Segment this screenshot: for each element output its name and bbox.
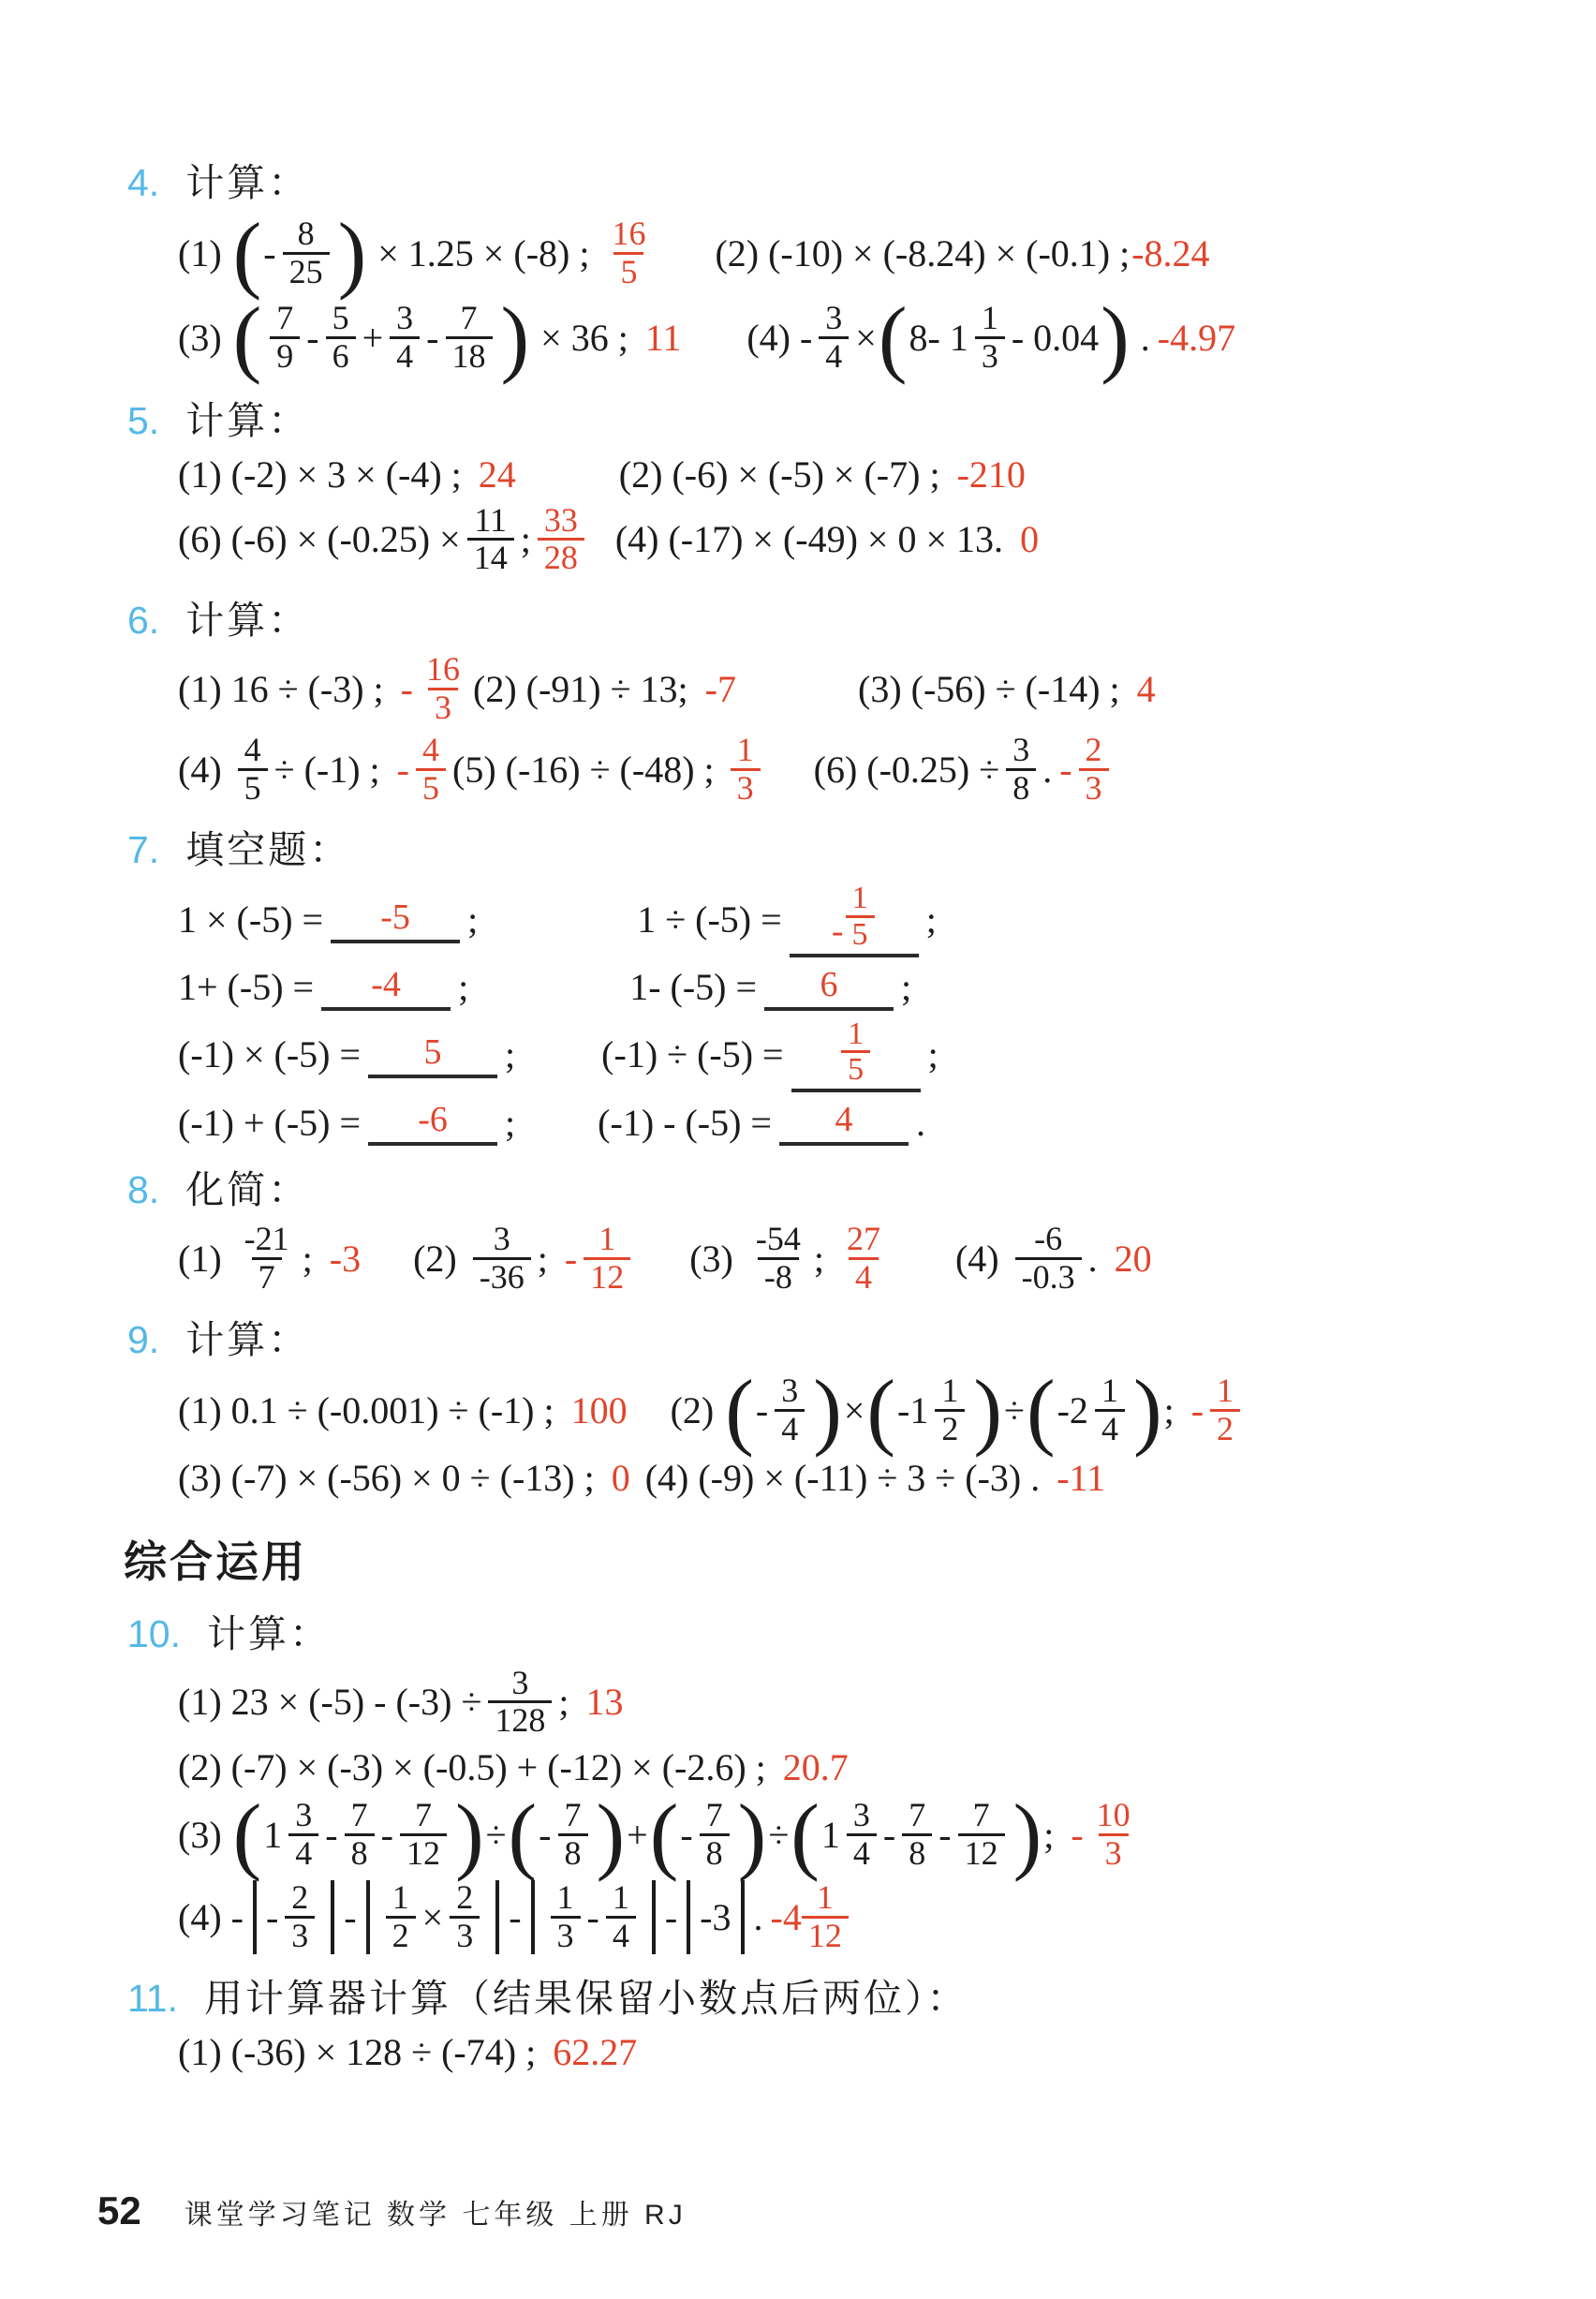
problem-title: 计算：: [185, 152, 309, 207]
fraction-denominator: 8: [558, 1833, 588, 1872]
fill-blank: 15: [791, 1017, 921, 1092]
math-row: (1) (-36) × 128 ÷ (-74) ; 62.27: [0, 2030, 1596, 2074]
fraction-numerator: 16: [605, 216, 652, 252]
blank-answer: 6: [820, 964, 838, 1005]
math-text: (2): [413, 1237, 466, 1281]
fraction-denominator: 8: [700, 1833, 730, 1872]
math-row: (2) (-7) × (-3) × (-0.5) + (-12) × (-2.6…: [0, 1745, 1596, 1789]
problem-5: 5.计算：(1) (-2) × 3 × (-4) ; 24(2) (-6) × …: [0, 390, 1596, 577]
spacer: [515, 1122, 598, 1123]
problem-title: 计算：: [207, 1603, 331, 1658]
math-text: ;: [814, 1237, 834, 1281]
fraction-numerator: 3: [505, 1666, 535, 1701]
math-text: -: [938, 1813, 951, 1857]
abs-value-bar: [495, 1880, 499, 1954]
fraction: 1114: [467, 503, 514, 577]
fraction-numerator: 1: [810, 1880, 840, 1916]
math-row: (4) 45÷ (-1) ; -45(5) (-16) ÷ (-48) ; 13…: [0, 733, 1596, 807]
fraction-denominator: 3: [428, 688, 458, 726]
fraction: 14: [606, 1880, 636, 1954]
fraction-numerator: 1: [592, 1222, 622, 1257]
fraction: 34: [775, 1373, 805, 1447]
abs-value-bar: [366, 1880, 370, 1954]
fraction-denominator: 3: [1079, 768, 1109, 807]
problem-9: 9.计算：(1) 0.1 ÷ (-0.001) ÷ (-1) ; 100(2) …: [0, 1309, 1596, 1500]
answer-fraction: 15: [846, 882, 875, 951]
math-text: (1) 0.1 ÷ (-0.001) ÷ (-1) ;: [178, 1388, 564, 1432]
fraction: 78: [558, 1798, 588, 1872]
math-text: (3) (-56) ÷ (-14) ;: [858, 667, 1130, 711]
fill-blank: -5: [331, 897, 460, 943]
spacer: [637, 1258, 689, 1259]
spacer: [630, 1477, 645, 1478]
math-text: -: [587, 1895, 599, 1939]
fraction: 13: [551, 1880, 581, 1954]
fraction-numerator: -54: [749, 1222, 807, 1257]
answer: 24: [479, 452, 516, 497]
math-row: 1+ (-5) =-4;1- (-5) =6;: [0, 964, 1596, 1011]
fraction: -6-0.3: [1015, 1222, 1082, 1296]
math-text: (2): [671, 1388, 724, 1432]
math-row: (3) (79-56+34-718) × 36 ; 11(4) -34×(8- …: [0, 299, 1596, 377]
problem-11: 11.用计算器计算（结果保留小数点后两位）：(1) (-36) × 128 ÷ …: [0, 1967, 1596, 2074]
math-text: × 1.25 × (-8) ;: [368, 231, 598, 275]
math-text: -: [344, 1895, 356, 1939]
spacer: [767, 769, 814, 770]
math-text: -: [680, 1813, 692, 1857]
fill-blank: 4: [779, 1099, 909, 1146]
math-row: (1) -217; -3(2) 3-36; -112(3) -54-8; 274…: [0, 1222, 1596, 1296]
fill-blank: -15: [790, 882, 919, 957]
fraction-denominator: 4: [1095, 1409, 1125, 1447]
math-text: +: [362, 316, 384, 360]
fraction: 3-36: [473, 1222, 531, 1296]
math-text: ;: [467, 897, 478, 942]
math-text: ;: [1164, 1388, 1184, 1432]
math-row: 1 × (-5) =-5;1 ÷ (-5) =-15;: [0, 882, 1596, 957]
math-text: (5) (-16) ÷ (-48) ;: [452, 748, 724, 792]
fraction-numerator: 7: [558, 1798, 588, 1833]
math-text: (2) (-91) ÷ 13;: [473, 667, 698, 711]
fraction-numerator: 1: [606, 1880, 636, 1916]
fraction: 12: [935, 1373, 965, 1447]
big-paren: (: [879, 299, 908, 377]
math-text: (2) (-7) × (-3) × (-0.5) + (-12) × (-2.6…: [178, 1745, 776, 1789]
math-text: .: [1042, 748, 1052, 792]
math-row: (-1) + (-5) =-6;(-1) - (-5) =4.: [0, 1099, 1596, 1146]
fraction-numerator: 3: [1006, 733, 1036, 768]
fraction-numerator: 1: [975, 301, 1005, 336]
page-footer: 52 课堂学习笔记 数学 七年级 上册 RJ: [97, 2188, 687, 2233]
math-text: -: [539, 1813, 551, 1857]
fraction-numerator: 27: [840, 1222, 887, 1257]
big-paren: (: [791, 1796, 820, 1874]
big-paren: ): [597, 1796, 626, 1874]
math-text: (4): [955, 1237, 1009, 1281]
fraction: -54-8: [749, 1222, 807, 1296]
fraction-numerator: 3: [487, 1222, 517, 1257]
fraction-denominator: 28: [538, 538, 584, 576]
math-text: (6) (-0.25) ÷: [814, 748, 1000, 792]
math-text: (3): [689, 1237, 743, 1281]
math-text: -: [325, 1813, 337, 1857]
fraction: 45: [238, 733, 268, 807]
math-text: (-1) - (-5) =: [598, 1101, 772, 1145]
answer-sign: -: [565, 1237, 577, 1281]
fraction-denominator: 4: [847, 1833, 877, 1872]
answer: -4.97: [1158, 316, 1235, 360]
math-row: (1) 0.1 ÷ (-0.001) ÷ (-1) ; 100(2) (-34)…: [0, 1372, 1596, 1449]
fraction-numerator: 16: [420, 652, 466, 688]
fraction-numerator: 33: [538, 503, 584, 539]
blank-answer: 5: [424, 1031, 442, 1073]
big-paren: (: [725, 1372, 754, 1449]
blank-answer: -5: [380, 897, 410, 938]
big-paren: ): [1133, 1372, 1162, 1449]
fraction: 712: [958, 1798, 1005, 1872]
fraction-numerator: 2: [285, 1880, 315, 1916]
fraction-denominator: 4: [606, 1916, 636, 1954]
answer-sign: -: [397, 748, 409, 792]
big-paren: (: [1027, 1372, 1056, 1449]
fraction-numerator: 1: [846, 882, 875, 915]
problem-title: 化简：: [185, 1159, 309, 1214]
math-text: (1) 23 × (-5) - (-3) ÷: [178, 1680, 481, 1724]
math-text: ;: [521, 517, 531, 561]
fraction-denominator: 6: [326, 336, 356, 375]
fraction: 38: [1006, 733, 1036, 807]
math-text: .: [1088, 1237, 1107, 1281]
big-paren: (: [233, 299, 262, 377]
fraction-numerator: 1: [1095, 1373, 1125, 1409]
section-header: 综合运用: [0, 1528, 1596, 1590]
math-text: (3): [178, 316, 231, 360]
math-text: - 0.04: [1012, 316, 1099, 360]
fraction-denominator: 9: [270, 336, 300, 375]
fraction-denominator: 128: [488, 1700, 552, 1739]
fill-blank: -4: [321, 964, 451, 1011]
fraction-numerator: -6: [1027, 1222, 1069, 1257]
problem-number: 6.: [127, 599, 159, 643]
big-paren: (: [233, 215, 262, 292]
math-text: 1 × (-5) =: [178, 897, 323, 942]
math-text: 8- 1: [909, 316, 968, 360]
fraction-numerator: 1: [731, 733, 761, 768]
blank-answer: -4: [371, 964, 401, 1005]
big-paren: ): [973, 1372, 1002, 1449]
fraction-numerator: 1: [841, 1017, 870, 1051]
fraction: -217: [238, 1222, 296, 1296]
math-text: (1) 16 ÷ (-3) ;: [178, 667, 393, 711]
answer-fraction: 3328: [538, 503, 584, 577]
problem-4: 4.计算：(1) (-825) × 1.25 × (-8) ; 165(2) (…: [0, 152, 1596, 377]
fraction: 825: [283, 216, 330, 290]
fraction-numerator: 2: [1079, 733, 1109, 768]
page-number: 52: [97, 2188, 141, 2233]
answer-fraction: 112: [584, 1222, 630, 1296]
math-text: (6) (-6) × (-0.25) ×: [178, 517, 461, 561]
problem-number: 7.: [127, 828, 159, 872]
math-text: (4) -: [178, 1895, 244, 1939]
fraction-denominator: 12: [584, 1257, 630, 1296]
math-text: +: [627, 1813, 648, 1857]
answer-fraction: 103: [1090, 1798, 1137, 1872]
answer: -4: [771, 1895, 802, 1939]
fraction-denominator: 4: [775, 1409, 805, 1447]
fraction-numerator: 7: [700, 1798, 730, 1833]
problem-heading: 8.化简：: [0, 1159, 1596, 1214]
spacer: [478, 919, 637, 920]
fraction-denominator: 4: [819, 336, 849, 375]
fraction: 56: [326, 301, 356, 375]
math-text: ÷: [1004, 1388, 1025, 1432]
problem-heading: 5.计算：: [0, 390, 1596, 445]
big-paren: (: [650, 1796, 679, 1874]
math-text: ;: [538, 1237, 557, 1281]
math-text: ;: [558, 1680, 578, 1724]
fraction-numerator: 7: [345, 1798, 375, 1833]
fraction-denominator: 18: [446, 336, 493, 375]
problem-8: 8.化简：(1) -217; -3(2) 3-36; -112(3) -54-8…: [0, 1159, 1596, 1296]
math-text: (1) (-2) × 3 × (-4) ;: [178, 452, 471, 497]
answer-fraction: 45: [416, 733, 446, 807]
fraction: 34: [390, 301, 420, 375]
math-row: (1) (-825) × 1.25 × (-8) ; 165(2) (-10) …: [0, 215, 1596, 292]
math-text: (1) (-36) × 128 ÷ (-74) ;: [178, 2030, 545, 2074]
spacer: [894, 1258, 955, 1259]
math-text: 1+ (-5) =: [178, 965, 314, 1009]
fraction-denominator: 3: [1099, 1833, 1129, 1872]
answer: 11: [645, 316, 682, 360]
answer: -8.24: [1131, 231, 1209, 275]
spacer: [468, 986, 629, 987]
math-text: -: [509, 1895, 521, 1939]
fraction: 3128: [488, 1666, 552, 1740]
answer-fraction: 163: [420, 652, 466, 726]
fraction-numerator: -21: [238, 1222, 296, 1257]
abs-value-bar: [531, 1880, 535, 1954]
fraction-denominator: 25: [283, 252, 330, 290]
problem-heading: 6.计算：: [0, 589, 1596, 645]
big-paren: ): [1101, 299, 1130, 377]
fraction-numerator: 3: [390, 301, 420, 336]
math-text: -: [426, 316, 438, 360]
problem-heading: 11.用计算器计算（结果保留小数点后两位）：: [0, 1967, 1596, 2023]
math-text: (3) (-7) × (-56) × 0 ÷ (-13) ;: [178, 1456, 604, 1500]
fraction-numerator: 7: [902, 1798, 932, 1833]
fraction: 23: [450, 1880, 480, 1954]
fraction: 78: [902, 1798, 932, 1872]
fraction-numerator: 1: [935, 1373, 965, 1409]
math-text: 1: [263, 1813, 282, 1857]
math-text: 1 ÷ (-5) =: [637, 897, 781, 942]
math-text: (-1) + (-5) =: [178, 1101, 361, 1145]
math-text: .: [916, 1101, 925, 1145]
math-row: (4) --23-12×23-13-14--3.-4112: [0, 1880, 1596, 1954]
problem-number: 9.: [127, 1318, 159, 1362]
spacer: [515, 1054, 601, 1055]
math-text: -: [883, 1813, 895, 1857]
answer-fraction: 23: [1079, 733, 1109, 807]
abs-value-bar: [741, 1880, 745, 1954]
fraction-numerator: 7: [270, 301, 300, 336]
fill-blank: -6: [368, 1099, 497, 1146]
spacer: [516, 474, 619, 475]
math-text: × 36 ;: [531, 316, 638, 360]
problem-number: 4.: [127, 161, 159, 205]
fraction-denominator: 3: [731, 768, 761, 807]
math-text: 1: [821, 1813, 840, 1857]
fraction-numerator: 4: [416, 733, 446, 768]
spacer: [361, 1258, 413, 1259]
fraction-denominator: -0.3: [1015, 1257, 1082, 1296]
blank-answer: -6: [418, 1099, 448, 1140]
spacer: [628, 1410, 671, 1411]
fraction-denominator: 12: [400, 1833, 447, 1872]
math-text: (3): [178, 1813, 231, 1857]
fraction: 78: [345, 1798, 375, 1872]
answer-fraction: 13: [731, 733, 761, 807]
fraction-numerator: 3: [847, 1798, 877, 1833]
math-text: (1): [178, 1237, 231, 1281]
math-text: ;: [505, 1032, 515, 1076]
math-text: (2) (-6) × (-5) × (-7) ;: [619, 452, 950, 497]
fraction-numerator: 1: [551, 1880, 581, 1916]
math-text: (1): [178, 231, 231, 275]
fraction: 23: [285, 1880, 315, 1954]
fraction: 34: [847, 1798, 877, 1872]
problem-title: 计算：: [185, 1309, 309, 1364]
math-text: -: [263, 231, 275, 275]
math-text: (-1) ÷ (-5) =: [601, 1032, 783, 1076]
problem-7: 7.填空题：1 × (-5) =-5;1 ÷ (-5) =-15;1+ (-5)…: [0, 819, 1596, 1146]
answer: 100: [571, 1388, 628, 1432]
math-text: ;: [1043, 1813, 1063, 1857]
math-text: -3: [700, 1895, 731, 1939]
problem-number: 10.: [127, 1612, 181, 1656]
problem-heading: 9.计算：: [0, 1309, 1596, 1364]
fraction: 718: [446, 301, 493, 375]
answer: -11: [1057, 1456, 1105, 1500]
answer-fraction: 274: [840, 1222, 887, 1296]
big-paren: ): [1013, 1796, 1042, 1874]
fraction-denominator: 4: [288, 1833, 318, 1872]
fraction-denominator: 4: [849, 1257, 879, 1296]
fraction-denominator: 5: [841, 1050, 870, 1087]
math-text: ×: [422, 1895, 444, 1939]
answer-fraction: 165: [605, 216, 652, 290]
fraction-denominator: 12: [802, 1916, 849, 1954]
fraction-denominator: 5: [238, 768, 268, 807]
answer-sign: -: [1059, 748, 1071, 792]
fraction: 712: [400, 1798, 447, 1872]
blank-answer-sign: -: [832, 911, 844, 952]
abs-value-bar: [687, 1880, 690, 1954]
math-text: ÷ (-1) ;: [274, 748, 390, 792]
problem-heading: 4.计算：: [0, 152, 1596, 207]
fraction-denominator: 2: [386, 1916, 416, 1954]
problem-title: 计算：: [185, 390, 309, 445]
fraction-denominator: 5: [416, 768, 446, 807]
answer: -210: [957, 452, 1026, 497]
fraction-denominator: 8: [1006, 768, 1036, 807]
answer: -3: [330, 1237, 361, 1281]
answer: -7: [705, 667, 736, 711]
fraction-denominator: 3: [975, 336, 1005, 375]
big-paren: (: [233, 1796, 262, 1874]
math-text: (-1) × (-5) =: [178, 1032, 361, 1076]
blank-answer: 4: [835, 1099, 852, 1140]
fraction-denominator: 8: [345, 1833, 375, 1872]
fraction-denominator: 3: [551, 1916, 581, 1954]
math-text: -: [306, 316, 318, 360]
big-paren: ): [738, 1796, 767, 1874]
fraction-numerator: 3: [288, 1798, 318, 1833]
answer-sign: -: [1071, 1813, 1083, 1857]
fraction-denominator: -8: [758, 1257, 799, 1296]
math-text: -: [756, 1388, 768, 1432]
math-text: (4) (-17) × (-49) × 0 × 13.: [615, 517, 1012, 561]
fraction-denominator: 7: [252, 1257, 282, 1296]
answer: 62.27: [553, 2030, 637, 2074]
fraction: 14: [1095, 1373, 1125, 1447]
fraction-denominator: -36: [473, 1257, 531, 1296]
problem-heading: 7.填空题：: [0, 819, 1596, 874]
fraction-numerator: 7: [408, 1798, 438, 1833]
math-row: (1) 23 × (-5) - (-3) ÷3128; 13: [0, 1666, 1596, 1740]
footer-book-title: 课堂学习笔记 数学 七年级 上册 RJ: [185, 2191, 687, 2232]
math-text: (4) -: [746, 316, 812, 360]
fraction-denominator: 3: [450, 1916, 480, 1954]
fraction-denominator: 2: [1210, 1409, 1240, 1447]
fraction-numerator: 1: [386, 1880, 416, 1916]
math-text: ÷: [768, 1813, 789, 1857]
math-text: -: [381, 1813, 393, 1857]
abs-value-bar: [652, 1880, 656, 1954]
math-text: ;: [505, 1101, 515, 1145]
fraction-numerator: 4: [238, 733, 268, 768]
big-paren: ): [338, 215, 367, 292]
answer: 0: [612, 1456, 630, 1500]
fraction-numerator: 3: [819, 301, 849, 336]
problem-number: 5.: [127, 399, 159, 443]
fraction-numerator: 8: [291, 216, 321, 252]
fraction-numerator: 10: [1090, 1798, 1137, 1833]
math-row: (3) (-7) × (-56) × 0 ÷ (-13) ; 0(4) (-9)…: [0, 1456, 1596, 1500]
math-text: ;: [458, 965, 468, 1009]
big-paren: (: [509, 1796, 538, 1874]
math-text: (2) (-10) × (-8.24) × (-0.1) ;: [715, 231, 1130, 275]
fraction-numerator: 5: [326, 301, 356, 336]
fraction-denominator: 5: [613, 252, 643, 290]
fraction-numerator: 2: [450, 1880, 480, 1916]
fraction: 13: [975, 301, 1005, 375]
problem-number: 8.: [127, 1168, 159, 1212]
answer-fraction: 15: [841, 1017, 870, 1087]
math-text: -2: [1057, 1388, 1088, 1432]
spacer: [658, 253, 715, 254]
problem-number: 11.: [127, 1977, 178, 2021]
problem-6: 6.计算：(1) 16 ÷ (-3) ; -163(2) (-91) ÷ 13;…: [0, 589, 1596, 806]
fraction-denominator: 2: [935, 1409, 965, 1447]
math-text: (4) (-9) × (-11) ÷ 3 ÷ (-3) .: [645, 1456, 1050, 1500]
problem-title: 填空题：: [185, 819, 350, 874]
math-text: .: [754, 1895, 763, 1939]
big-paren: ): [501, 299, 530, 377]
math-text: 1- (-5) =: [629, 965, 757, 1009]
problem-title: 用计算器计算（结果保留小数点后两位）：: [204, 1967, 968, 2023]
math-text: (4): [178, 748, 231, 792]
